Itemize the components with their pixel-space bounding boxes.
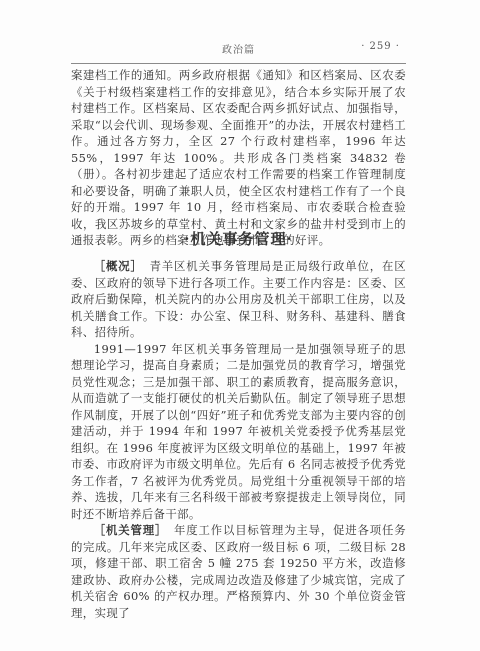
paragraph-tag-overview: ［概况］ [94, 259, 143, 273]
book-page: 政治篇 · 259 · 案建档工作的通知。两乡政府根据《通知》和区档案局、区农委… [0, 0, 480, 651]
header-section-name: 政治篇 [71, 41, 406, 56]
paragraph-overview: ［概况］青羊区机关事务管理局是正局级行政单位，在区委、区政府的领导下进行各项工作… [71, 258, 406, 341]
paragraph-management: ［机关管理］年度工作以目标管理为主导，促进各项任务的完成。几年来完成区委、区政府… [71, 522, 406, 621]
paragraph-history: 1991—1997 年区机关事务管理局一是加强领导班子的思想理论学习，提高自身素… [71, 341, 406, 523]
paragraph-text-history: 1991—1997 年区机关事务管理局一是加强领导班子的思想理论学习，提高自身素… [71, 342, 406, 521]
header-rule [71, 63, 406, 64]
running-header: 政治篇 · 259 · [71, 40, 406, 56]
paragraph-tag-management: ［机关管理］ [94, 523, 167, 537]
continuation-text-block: 案建档工作的通知。两乡政府根据《通知》和区档案局、区农委《关于村级档案建档工作的… [71, 67, 406, 249]
paragraph-text-management: 年度工作以目标管理为主导，促进各项任务的完成。几年来完成区委、区政府一级目标 6… [71, 523, 406, 620]
section-title: ·机关事务管理· [71, 228, 406, 249]
section-body: ［概况］青羊区机关事务管理局是正局级行政单位，在区委、区政府的领导下进行各项工作… [71, 258, 406, 621]
continuation-paragraph: 案建档工作的通知。两乡政府根据《通知》和区档案局、区农委《关于村级档案建档工作的… [71, 67, 406, 249]
page-number: · 259 · [361, 41, 400, 52]
